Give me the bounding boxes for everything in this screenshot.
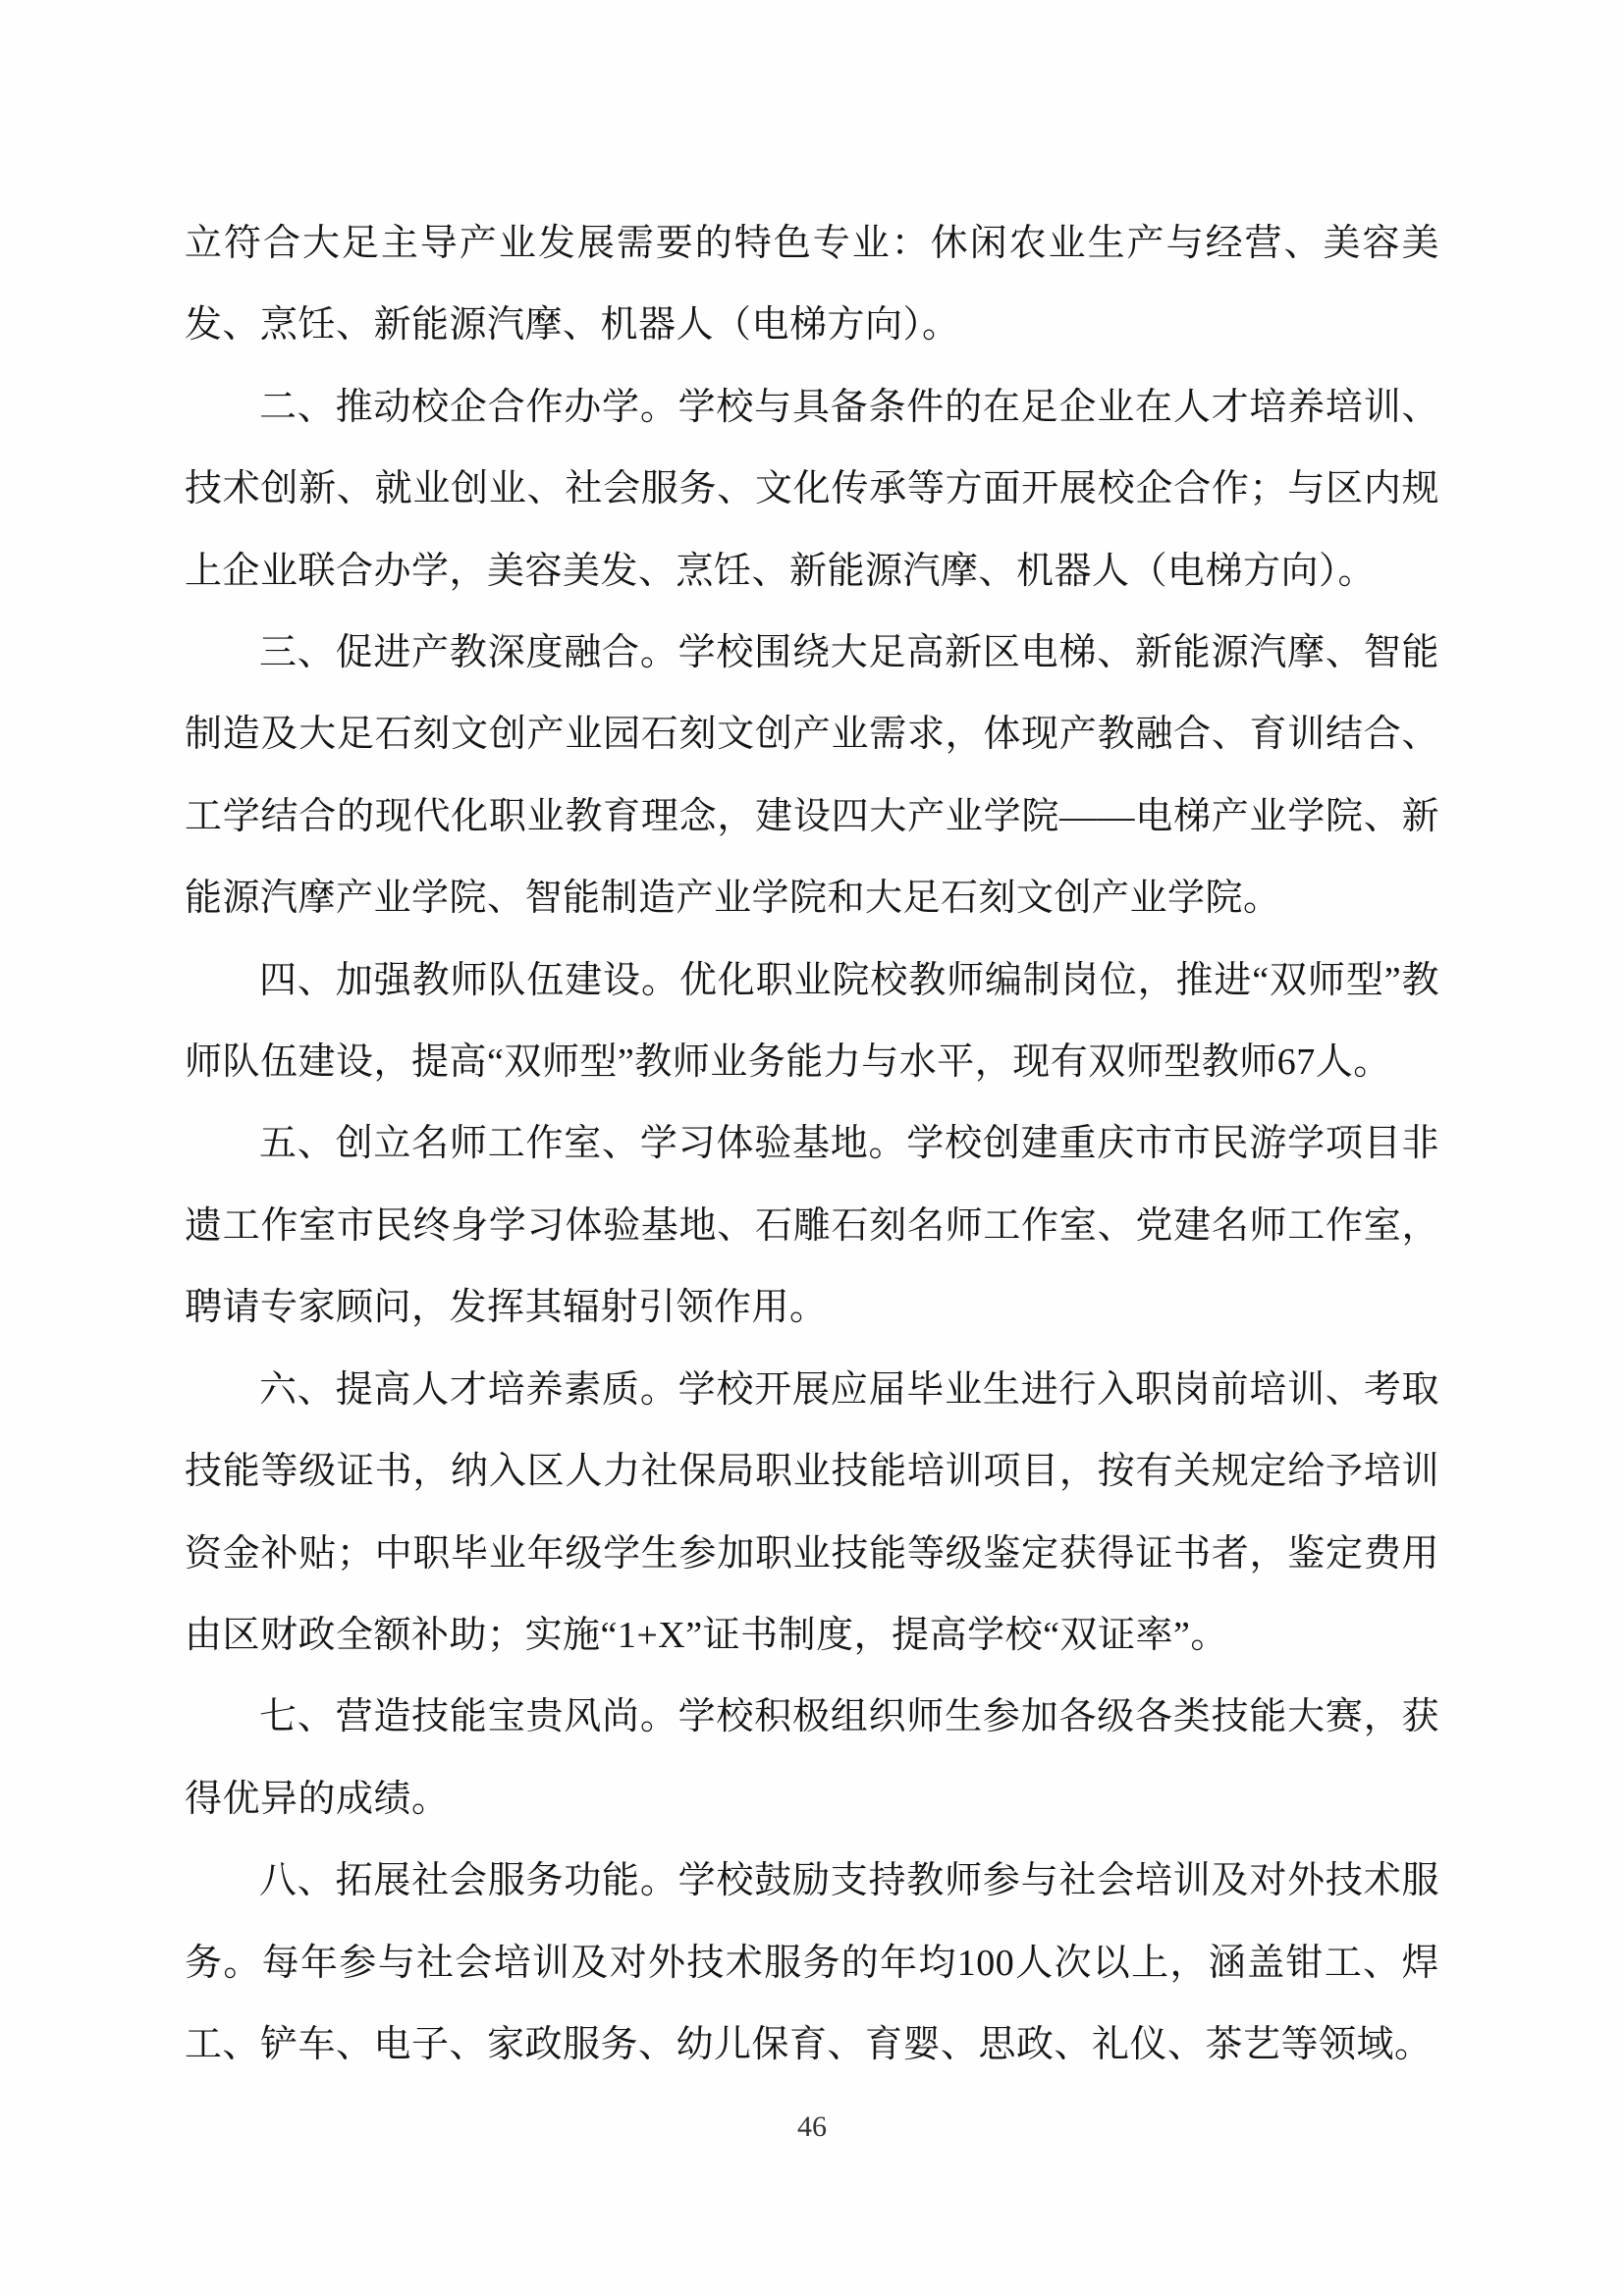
document-page: 立符合大足主导产业发展需要的特色专业：休闲农业生产与经营、美容美发、烹饪、新能源… — [0, 0, 1624, 2296]
paragraph-item-5: 五、创立名师工作室、学习体验基地。学校创建重庆市市民游学项目非遗工作室市民终身学… — [185, 1103, 1439, 1349]
page-number: 46 — [797, 2110, 827, 2143]
document-body: 立符合大足主导产业发展需要的特色专业：休闲农业生产与经营、美容美发、烹饪、新能源… — [185, 203, 1439, 2086]
paragraph-item-3: 三、促进产教深度融合。学校围绕大足高新区电梯、新能源汽摩、智能制造及大足石刻文创… — [185, 613, 1439, 940]
paragraph-item-6: 六、提高人才培养素质。学校开展应届毕业生进行入职岗前培训、考取技能等级证书，纳入… — [185, 1350, 1439, 1678]
paragraph-continuation: 立符合大足主导产业发展需要的特色专业：休闲农业生产与经营、美容美发、烹饪、新能源… — [185, 203, 1439, 367]
paragraph-item-8: 八、拓展社会服务功能。学校鼓励支持教师参与社会培训及对外技术服务。每年参与社会培… — [185, 1841, 1439, 2086]
paragraph-item-4: 四、加强教师队伍建设。优化职业院校教师编制岗位，推进“双师型”教师队伍建设，提高… — [185, 940, 1439, 1104]
paragraph-item-7: 七、营造技能宝贵风尚。学校积极组织师生参加各级各类技能大赛，获得优异的成绩。 — [185, 1677, 1439, 1841]
paragraph-item-2: 二、推动校企合作办学。学校与具备条件的在足企业在人才培养培训、技术创新、就业创业… — [185, 367, 1439, 613]
page-footer: 46 — [0, 2110, 1624, 2144]
